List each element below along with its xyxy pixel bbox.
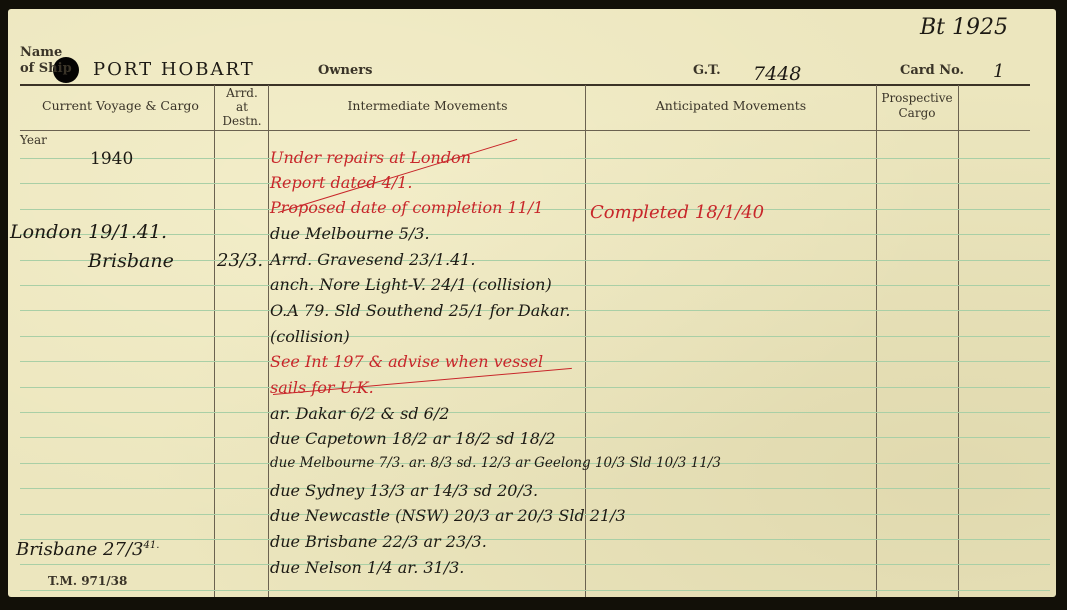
divider-2 [268,85,269,597]
column-header-rule [20,130,1030,131]
movement-entry: Arrd. Gravesend 23/1.41. [270,250,476,269]
header-rule [20,84,1030,86]
col-prospective-l1: Prospective [876,91,958,106]
movement-entry: (collision) [270,327,350,346]
movement-entry: anch. Nore Light-V. 24/1 (collision) [270,275,552,294]
movement-entry: O.A 79. Sld Southend 25/1 for Dakar. [270,301,570,320]
voyage-to-2-text: Brisbane 27/3 [16,539,143,560]
gt-label: G.T. [693,63,721,78]
card-no-label: Card No. [900,63,964,78]
ruled-line [20,412,1050,413]
owners-label: Owners [318,63,372,78]
movement-entry: due Sydney 13/3 ar 14/3 sd 20/3. [270,481,538,500]
col-arrived-l2: at [216,100,268,114]
voyage-from: London 19/1.41. [10,221,167,243]
ruled-line [20,234,1050,235]
divider-5 [958,85,959,597]
movement-entry: due Newcastle (NSW) 20/3 ar 20/3 Sld 21/… [270,506,626,525]
movement-entry: due Melbourne 5/3. [270,224,430,243]
voyage-to: Brisbane [88,250,174,272]
ruled-line [20,564,1050,565]
ship-name: PORT HOBART [93,59,255,80]
arrived-date: 23/3. [217,250,263,271]
year-value: 1940 [90,149,133,169]
voyage-to-2: Brisbane 27/341. [16,539,159,560]
col-arrived-l1: Arrd. [216,86,268,100]
voyage-to-2-sup: 41. [143,540,159,551]
movement-entry: due Nelson 1/4 ar. 31/3. [270,558,464,577]
col-prospective-l2: Cargo [876,106,958,121]
divider-4 [876,85,877,597]
ruled-line [20,260,1050,261]
ruled-line [20,539,1050,540]
ruled-line [20,336,1050,337]
movement-entry: due Brisbane 22/3 ar 23/3. [270,532,487,551]
form-code: T.M. 971/38 [48,574,127,588]
col-prospective-cargo: Prospective Cargo [876,91,958,121]
col-arrived: Arrd. at Destn. [216,86,268,128]
name-of-ship-label: Name of Ship [20,45,80,77]
col-anticipated: Anticipated Movements [586,98,876,113]
ruled-line [20,590,1050,591]
movement-entry: due Melbourne 7/3. ar. 8/3 sd. 12/3 ar G… [270,455,721,471]
movement-entry: Report dated 4/1. [270,173,412,192]
ship-movement-card: Bt 1925 Name of Ship PORT HOBART Owners … [8,9,1056,597]
gt-value: 7448 [753,63,801,85]
ruled-line [20,158,1050,159]
anticipated-completed: Completed 18/1/40 [590,202,764,223]
ruled-line [20,183,1050,184]
movement-entry: Under repairs at London [270,148,471,167]
col-arrived-l3: Destn. [216,114,268,128]
movement-entry: ar. Dakar 6/2 & sd 6/2 [270,404,449,423]
card-no-value: 1 [993,61,1004,82]
movement-entry: See Int 197 & advise when vessel [270,352,543,371]
year-label: Year [20,133,47,147]
col-intermediate: Intermediate Movements [270,98,585,113]
reference-number: Bt 1925 [920,15,1008,40]
col-current-voyage: Current Voyage & Cargo [28,98,213,113]
divider-1 [214,85,215,597]
movement-entry: due Capetown 18/2 ar 18/2 sd 18/2 [270,429,556,448]
ruled-line [20,387,1050,388]
